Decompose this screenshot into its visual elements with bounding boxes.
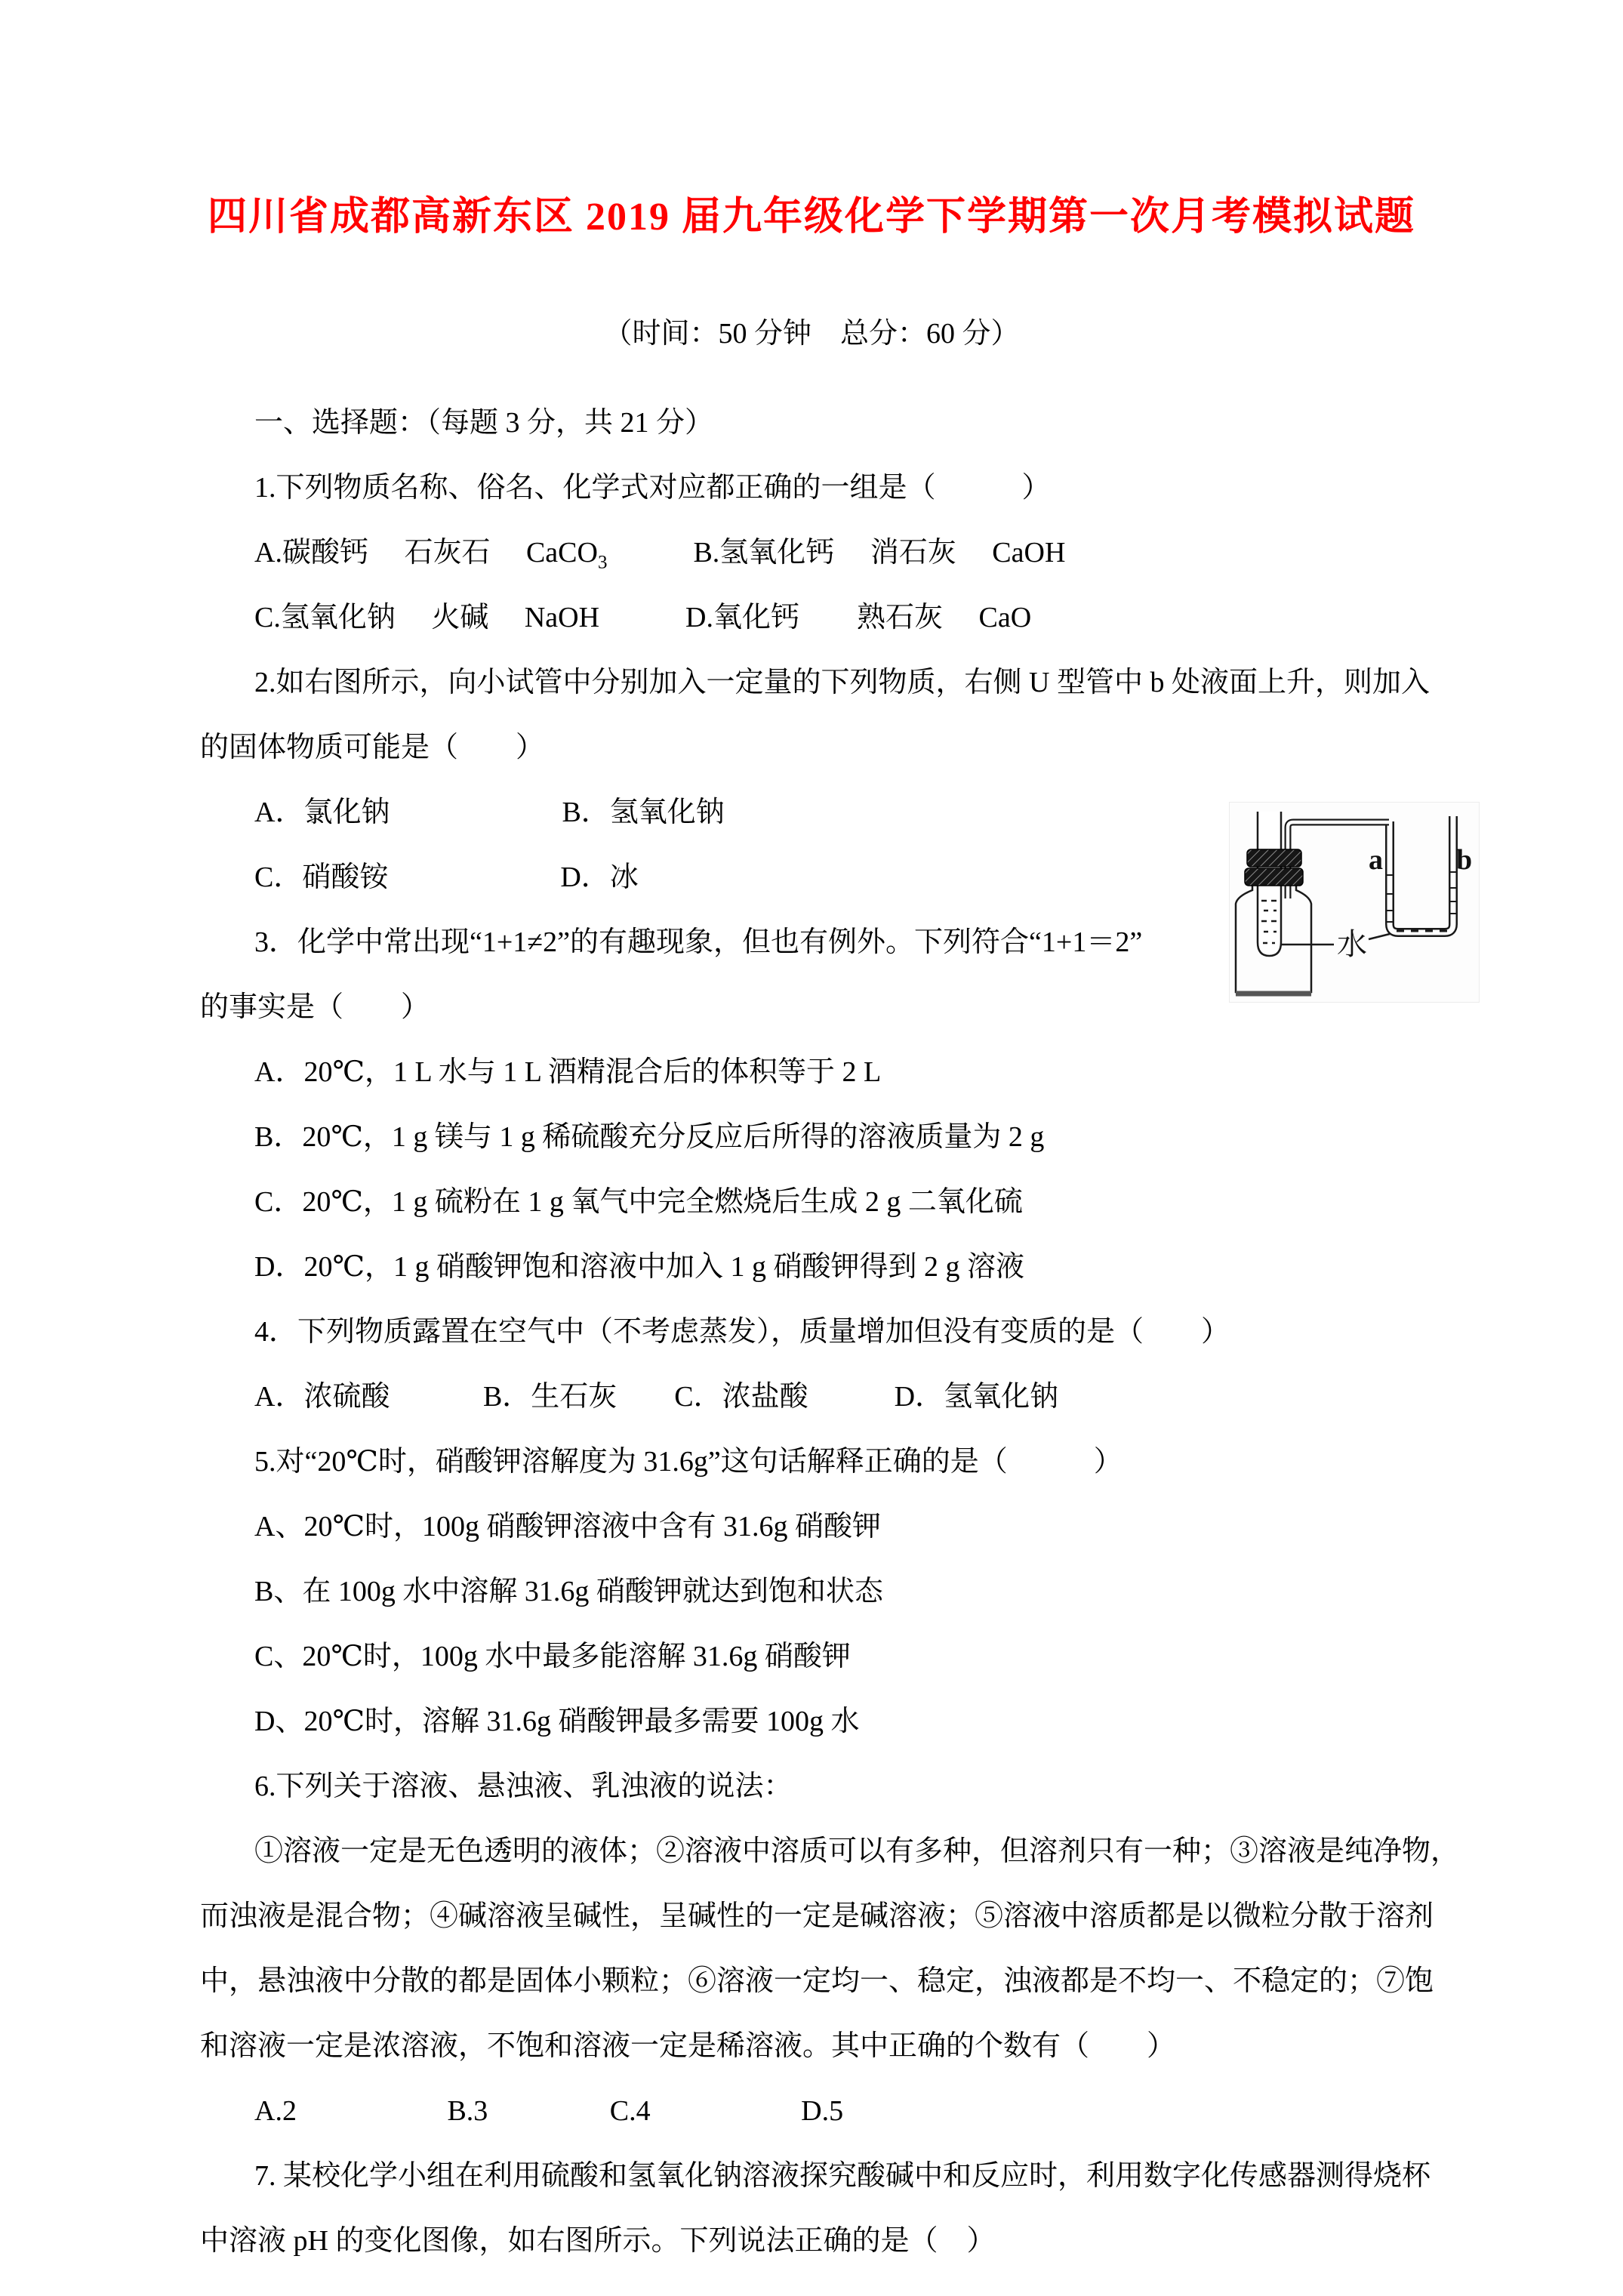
text-line: D、20℃时，溶解 31.6g 硝酸钾最多需要 100g 水 [200, 1689, 1578, 1754]
experiment-diagram: a b 水 [1229, 802, 1480, 1003]
page-title: 四川省成都高新东区 2019 届九年级化学下学期第一次月考模拟试题 [0, 184, 1623, 241]
text-line: 1.下列物质名称、俗名、化学式对应都正确的一组是（ ） [200, 455, 1578, 520]
exam-page: 四川省成都高新东区 2019 届九年级化学下学期第一次月考模拟试题 （时间：50… [0, 0, 1623, 2296]
tube-a-label: a [1369, 843, 1383, 877]
text-line: B．20℃，1 g 镁与 1 g 稀硫酸充分反应后所得的溶液质量为 2 g [200, 1105, 1578, 1170]
text-line: 2.如右图所示，向小试管中分别加入一定量的下列物质，右侧 U 型管中 b 处液面… [200, 650, 1578, 715]
text-line: C.氢氧化钠 火碱 NaOH D.氧化钙 熟石灰 CaO [200, 585, 1578, 650]
text-line: B、在 100g 水中溶解 31.6g 硝酸钾就达到饱和状态 [200, 1559, 1578, 1624]
tube-b-label: b [1456, 843, 1472, 877]
text-line: A、20℃时，100g 硝酸钾溶液中含有 31.6g 硝酸钾 [200, 1494, 1578, 1559]
text-line: A.2 B.3 C.4 D.5 [200, 2079, 1578, 2143]
text-line: A．20℃，1 L 水与 1 L 酒精混合后的体积等于 2 L [200, 1040, 1578, 1105]
text-line: 中，悬浊液中分散的都是固体小颗粒；⑥溶液一定均一、稳定，浊液都是不均一、不稳定的… [200, 1949, 1578, 2014]
exam-time-score: （时间：50 分钟 总分：60 分） [0, 310, 1623, 351]
text-line: A．浓硫酸 B．生石灰 C．浓盐酸 D．氢氧化钠 [200, 1364, 1578, 1429]
text-line: ①溶液一定是无色透明的液体；②溶液中溶质可以有多种，但溶剂只有一种；③溶液是纯净… [200, 1819, 1578, 1884]
text-line: 一、选择题：（每题 3 分，共 21 分） [200, 390, 1578, 455]
text-line: 和溶液一定是浓溶液，不饱和溶液一定是稀溶液。其中正确的个数有（ ） [200, 2014, 1578, 2079]
document-body: 一、选择题：（每题 3 分，共 21 分）1.下列物质名称、俗名、化学式对应都正… [200, 390, 1578, 2273]
water-label: 水 [1337, 920, 1367, 963]
text-line: 4．下列物质露置在空气中（不考虑蒸发），质量增加但没有变质的是（ ） [200, 1299, 1578, 1364]
text-line: 5.对“20℃时，硝酸钾溶解度为 31.6g”这句话解释正确的是（ ） [200, 1429, 1578, 1494]
text-line: D．20℃，1 g 硝酸钾饱和溶液中加入 1 g 硝酸钾得到 2 g 溶液 [200, 1234, 1578, 1299]
text-line: A.碳酸钙 石灰石 CaCO3 B.氢氧化钙 消石灰 CaOH [200, 520, 1578, 585]
text-line: C、20℃时，100g 水中最多能溶解 31.6g 硝酸钾 [200, 1624, 1578, 1689]
apparatus-drawing [1230, 803, 1479, 1002]
text-line: 7. 某校化学小组在利用硫酸和氢氧化钠溶液探究酸碱中和反应时，利用数字化传感器测… [200, 2143, 1578, 2208]
text-line: C．20℃，1 g 硫粉在 1 g 氧气中完全燃烧后生成 2 g 二氧化硫 [200, 1170, 1578, 1234]
text-line: 的固体物质可能是（ ） [200, 715, 1578, 780]
text-line: 6.下列关于溶液、悬浊液、乳浊液的说法： [200, 1754, 1578, 1819]
text-line: 而浊液是混合物；④碱溶液呈碱性，呈碱性的一定是碱溶液；⑤溶液中溶质都是以微粒分散… [200, 1884, 1578, 1949]
text-line: 中溶液 pH 的变化图像，如右图所示。下列说法正确的是（ ） [200, 2208, 1578, 2273]
